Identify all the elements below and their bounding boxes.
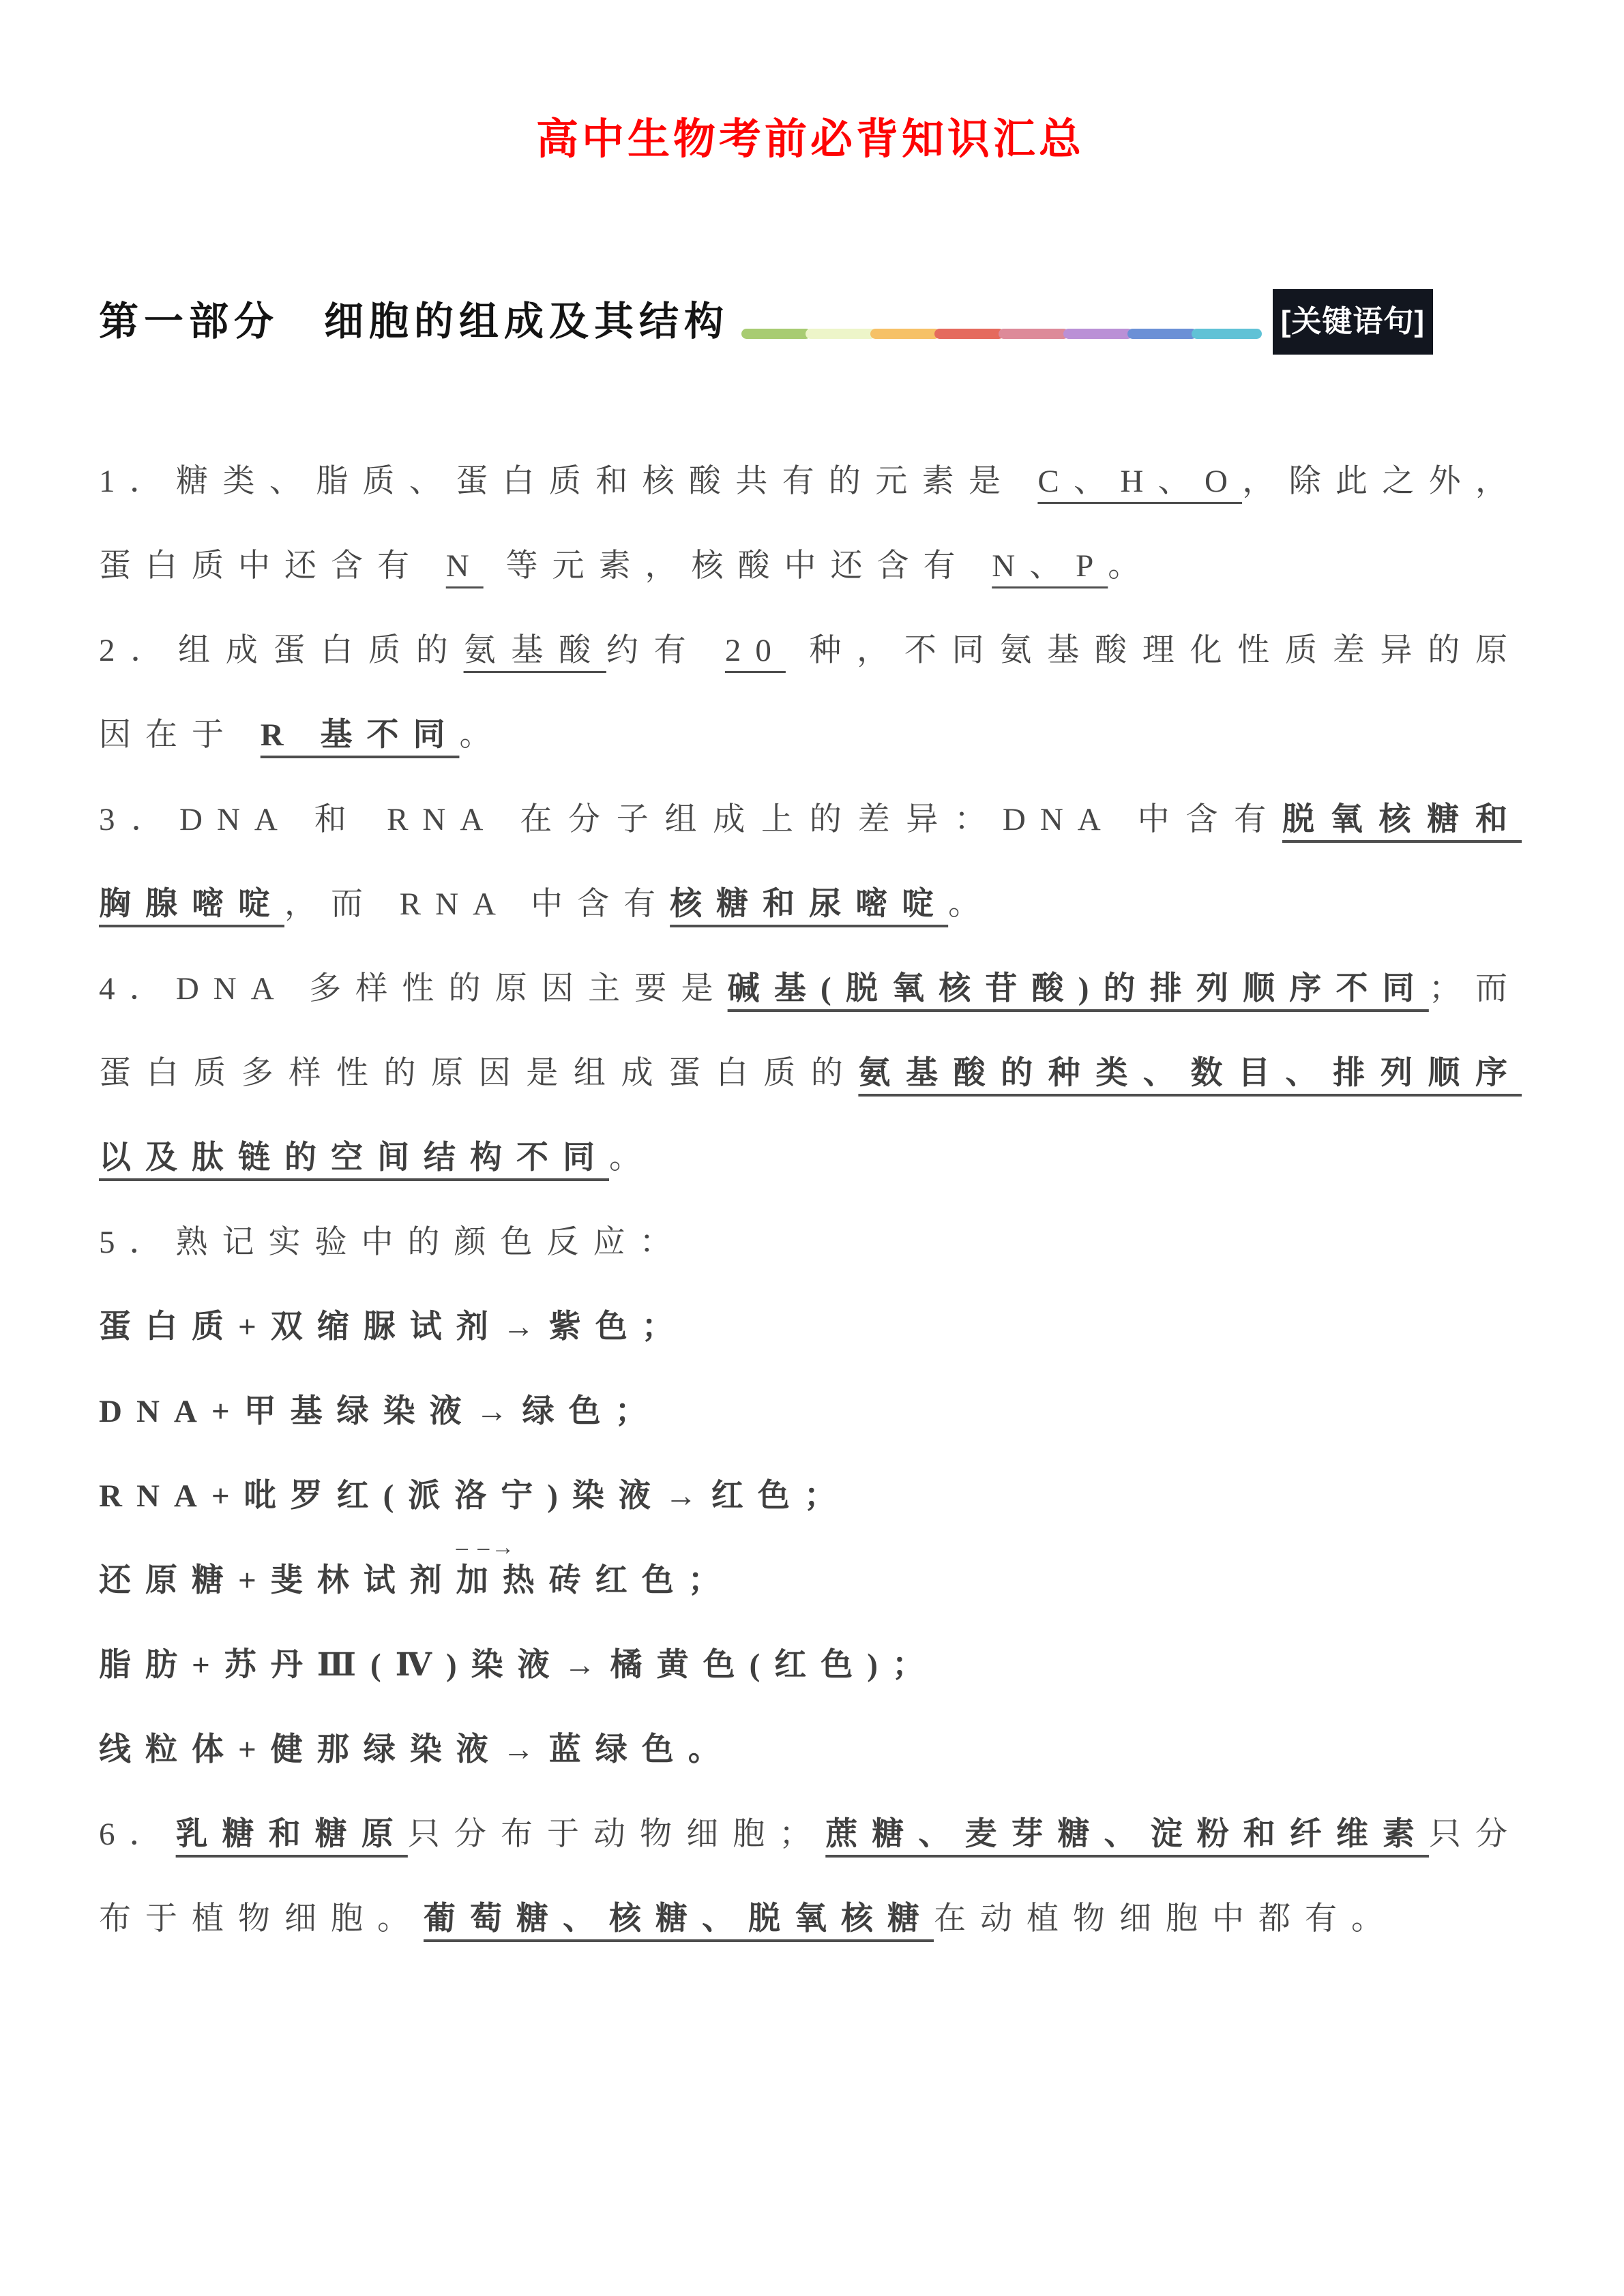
- key-phrase-badge: [关键语句]: [1273, 289, 1433, 355]
- key-term: 核糖和尿嘧啶: [670, 886, 948, 922]
- text-run: 。: [1108, 548, 1154, 584]
- divider-segment: [1192, 329, 1261, 339]
- item-2: 2．组成蛋白质的氨基酸约有 20 种，不同氨基酸理化性质差异的原因在于 R 基不…: [99, 608, 1522, 777]
- text-run: 2．组成蛋白质的: [99, 633, 464, 668]
- text-run: 。: [609, 1140, 655, 1176]
- reaction-text: 线粒体+健那绿染液→蓝绿色。: [99, 1732, 735, 1768]
- key-term: 碱基(脱氧核苷酸)的排列顺序不同: [728, 971, 1429, 1007]
- reaction-rna: RNA+吡罗红(派洛宁)染液→红色；: [99, 1454, 1522, 1538]
- key-term: R 基不同: [261, 717, 460, 753]
- reaction-mitochondria: 线粒体+健那绿染液→蓝绿色。: [99, 1708, 1522, 1792]
- text-run: 5．熟记实验中的颜色反应：: [99, 1225, 686, 1260]
- text-run: 在动植物细胞中都有。: [934, 1901, 1398, 1937]
- item-3: 3．DNA 和 RNA 在分子组成上的差异：DNA 中含有脱氧核糖和胸腺嘧啶，而…: [99, 777, 1522, 946]
- reaction-text: RNA+吡罗红(派洛宁)染液→红色；: [99, 1478, 851, 1514]
- divider-segment: [806, 329, 875, 339]
- key-term: 葡萄糖、核糖、脱氧核糖: [424, 1901, 934, 1937]
- section-header: 第一部分 细胞的组成及其结构 [关键语句]: [99, 286, 1433, 357]
- reaction-text: 加热: [456, 1563, 549, 1598]
- knowledge-list: 1．糖类、脂质、蛋白质和核酸共有的元素是 C、H、O，除此之外，蛋白质中还含有 …: [99, 439, 1522, 1961]
- document-page: 高中生物考前必背知识汇总 第一部分 细胞的组成及其结构 [关键语句] 1．糖类、…: [0, 0, 1624, 2296]
- text-run: 。: [459, 717, 505, 753]
- reaction-condition: – –→加热: [456, 1564, 549, 1599]
- reaction-dna: DNA+甲基绿染液→绿色；: [99, 1369, 1522, 1454]
- text-run: 1．糖类、脂质、蛋白质和核酸共有的元素是: [99, 464, 1037, 499]
- key-term: 乳糖和糖原: [176, 1817, 408, 1852]
- text-run: 约有: [606, 633, 725, 668]
- key-term: 蔗糖、麦芽糖、淀粉和纤维素: [825, 1817, 1429, 1852]
- divider-segment: [1063, 329, 1133, 339]
- document-title: 高中生物考前必背知识汇总: [99, 116, 1522, 164]
- section-divider: [741, 329, 1262, 339]
- reaction-text: 蛋白质+双缩脲试剂→紫色；: [99, 1309, 688, 1345]
- section-title: 第一部分 细胞的组成及其结构: [99, 302, 729, 342]
- reaction-text: 还原糖+斐林试剂: [99, 1563, 456, 1598]
- item-1: 1．糖类、脂质、蛋白质和核酸共有的元素是 C、H、O，除此之外，蛋白质中还含有 …: [99, 439, 1522, 608]
- text-run: 只分布于动物细胞；: [408, 1817, 825, 1852]
- divider-segment: [934, 329, 1004, 339]
- divider-segment: [999, 329, 1068, 339]
- text-run: ，而 RNA 中含有: [284, 886, 670, 922]
- reaction-fat: 脂肪+苏丹Ⅲ(Ⅳ)染液→橘黄色(红色)；: [99, 1623, 1522, 1708]
- reaction-text: 脂肪+苏丹Ⅲ(Ⅳ)染液→橘黄色(红色)；: [99, 1648, 939, 1683]
- key-term: C、H、O: [1037, 464, 1242, 499]
- reaction-protein: 蛋白质+双缩脲试剂→紫色；: [99, 1285, 1522, 1369]
- divider-segment: [1127, 329, 1197, 339]
- key-term: 20: [725, 633, 786, 668]
- dashed-arrow: – –→: [456, 1536, 549, 1560]
- item-6: 6．乳糖和糖原只分布于动物细胞；蔗糖、麦芽糖、淀粉和纤维素只分布于植物细胞。葡萄…: [99, 1792, 1522, 1961]
- text-run: 。: [948, 886, 994, 922]
- key-term: N: [446, 548, 484, 584]
- item-5-intro: 5．熟记实验中的颜色反应：: [99, 1200, 1522, 1285]
- text-run: 3．DNA 和 RNA 在分子组成上的差异：DNA 中含有: [99, 802, 1282, 837]
- text-run: 6．: [99, 1817, 176, 1852]
- reaction-text: 砖红色；: [549, 1563, 735, 1598]
- key-term: 氨基酸: [464, 633, 606, 668]
- reaction-text: DNA+甲基绿染液→绿色；: [99, 1394, 662, 1429]
- item-4: 4．DNA 多样性的原因主要是碱基(脱氧核苷酸)的排列顺序不同；而蛋白质多样性的…: [99, 946, 1522, 1200]
- text-run: 4．DNA 多样性的原因主要是: [99, 971, 728, 1007]
- divider-segment: [870, 329, 940, 339]
- text-run: 等元素，核酸中还含有: [484, 548, 992, 584]
- divider-segment: [741, 329, 811, 339]
- reaction-reducing-sugar: 还原糖+斐林试剂– –→加热砖红色；: [99, 1538, 1522, 1623]
- key-term: N、P: [992, 548, 1108, 584]
